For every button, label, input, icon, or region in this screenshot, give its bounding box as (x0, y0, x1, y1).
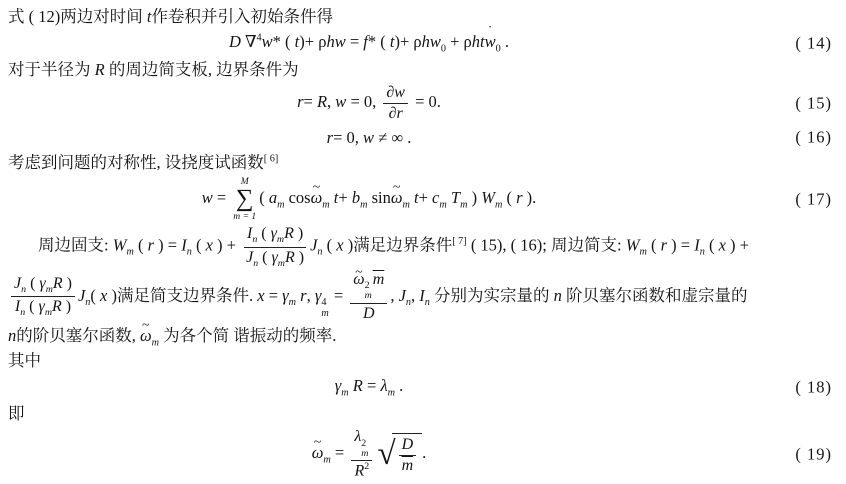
text-run: ( (502, 188, 516, 207)
text-run: ) + (726, 236, 749, 255)
equation-number: ( 19) (795, 444, 832, 465)
math-fraction: ∂w∂r (383, 84, 408, 123)
subscript: m (365, 291, 372, 301)
math-variable: b (352, 188, 360, 207)
text-run: 对于半径为 (8, 60, 95, 79)
math-variable: R (317, 92, 327, 111)
paragraph-line: 其中 (8, 350, 840, 371)
fraction-numerator: In ( γmR ) (244, 225, 306, 247)
text-run: + (338, 188, 351, 207)
text-run: = (265, 285, 283, 304)
text-run: sin (367, 188, 390, 207)
summation-lower-limit: m = 1 (233, 212, 256, 222)
math-variable: J (399, 285, 406, 304)
subscript: m (361, 449, 368, 459)
subscript: m (322, 199, 329, 210)
math-variable: hw (326, 32, 345, 51)
text-run: = (331, 443, 349, 462)
math-variable: w (335, 92, 346, 111)
text-run: )满足简支边界条件. (107, 285, 257, 304)
text-run: 作卷积并引入初始条件得 (151, 7, 333, 26)
text-run: )+ ρ (394, 32, 421, 51)
math-variable: n (8, 326, 16, 345)
math-fraction: In ( γmR )Jn ( γmR ) (243, 225, 307, 268)
text-run: = (363, 376, 381, 395)
subscript: m (126, 247, 133, 258)
fraction-numerator: λ2m (351, 428, 372, 461)
equation-content: r= R, w = 0, ∂w∂r = 0. (8, 84, 840, 123)
text-run: 周边固支: (38, 236, 113, 255)
math-variable: w (202, 188, 213, 207)
text-run: 即 (8, 404, 25, 423)
text-run: 为各个简 谐振动的频率. (159, 326, 336, 345)
tilde-accent-mark: ~ (313, 181, 321, 195)
text-run: )+ ρ (299, 32, 326, 51)
text-run: ) = (667, 236, 694, 255)
fraction-denominator: m (399, 456, 417, 475)
subscript: m (289, 297, 296, 308)
text-run: cos (284, 188, 310, 207)
tilde-accent-mark: ~ (314, 436, 322, 450)
text-run: ( (259, 188, 269, 207)
supsub: 2m (361, 439, 368, 460)
math-variable: λ (380, 376, 387, 395)
radicand: Dm (392, 433, 423, 475)
tilde-accent: ~ω (312, 442, 324, 463)
text-run: ( (192, 236, 206, 255)
superscript: [ 6] (264, 153, 278, 164)
text-run: 考虑到问题的对称性, 设挠度试函数 (8, 153, 264, 172)
math-variable: n (554, 285, 562, 304)
math-variable: x (206, 236, 213, 255)
text-run: . (395, 376, 403, 395)
text-run: * ( (273, 32, 295, 51)
math-variable: ht (472, 32, 485, 51)
subscript: m (323, 454, 330, 465)
overbar-variable: m (402, 457, 414, 474)
fraction-numerator: Jn ( γmR ) (11, 275, 75, 297)
superscript: [ 7] (452, 236, 466, 247)
text-run: ( (647, 236, 661, 255)
tilde-accent-mark: ~ (355, 265, 362, 279)
paragraph-line: Jn ( γmR )In ( γmR )Jn( x )满足简支边界条件. x =… (8, 271, 840, 323)
tilde-accent: ~ω (353, 271, 364, 289)
text-run: = (346, 32, 364, 51)
fraction-numerator: D (399, 436, 417, 456)
text-run: ) + (213, 236, 240, 255)
text-run: ≠ ∞ . (374, 128, 411, 147)
text-run: ) (63, 275, 72, 292)
math-variable: t (410, 188, 419, 207)
math-variable: R (349, 376, 363, 395)
math-variable: D (402, 436, 414, 453)
text-run: 式 ( 12)两边对时间 (8, 7, 147, 26)
document-body: 式 ( 12)两边对时间 t作卷积并引入初始条件得D ∇4w* ( t)+ ρh… (8, 6, 840, 481)
subscript: m (277, 235, 284, 246)
math-variable: R (52, 298, 62, 315)
text-run: . (422, 443, 426, 462)
text-run: * ( (368, 32, 390, 51)
math-variable: W (626, 236, 640, 255)
subscript: m (45, 307, 52, 318)
tilde-accent: ~ω (311, 187, 323, 208)
text-run: 的阶贝塞尔函数, (16, 326, 140, 345)
math-variable: W (113, 236, 127, 255)
text-run: + ρ (446, 32, 472, 51)
text-run: ) = (154, 236, 181, 255)
equation-line: γm R = λm .( 18) (8, 375, 840, 399)
math-fraction: Jn ( γmR )In ( γmR ) (11, 275, 75, 318)
equation-content: D ∇4w* ( t)+ ρhw = f* ( t)+ ρhw0 + ρht˙w… (8, 31, 840, 55)
equation-line: ~ωm = λ2mR2√Dm.( 19) (8, 428, 840, 481)
math-variable: R (53, 275, 63, 292)
paragraph-line: 对于半径为 R 的周边简支板, 边界条件为 (8, 59, 840, 80)
document-page: 式 ( 12)两边对时间 t作卷积并引入初始条件得D ∇4w* ( t)+ ρh… (0, 0, 846, 484)
fraction-denominator: Jn ( γmR ) (243, 248, 307, 269)
math-variable: D (229, 32, 241, 51)
tilde-accent: ~ω (140, 325, 152, 346)
superscript: 2 (364, 461, 369, 472)
math-variable: λ (354, 428, 361, 445)
math-variable: a (269, 188, 277, 207)
text-run: ( (258, 249, 271, 266)
text-run: 的周边简支板, 边界条件为 (105, 60, 299, 79)
text-run: ( (90, 285, 100, 304)
text-run: ( (26, 275, 39, 292)
math-fraction: Dm (399, 436, 417, 475)
math-variable: W (481, 188, 495, 207)
math-variable: R (95, 60, 105, 79)
text-run: . (501, 32, 509, 51)
fraction-denominator: R2 (352, 461, 373, 480)
sigma-symbol: ∑ (236, 187, 254, 211)
math-variable: hw (422, 32, 441, 51)
text-run: ) (295, 249, 304, 266)
supsub: 2m (365, 281, 372, 302)
text-run: ( (134, 236, 148, 255)
math-variable: R (355, 463, 365, 480)
dot-accent-mark: ˙ (488, 25, 493, 39)
text-run: = 0, (346, 92, 380, 111)
text-run: = (213, 188, 231, 207)
equation-content: γm R = λm . (8, 375, 840, 399)
fraction-numerator: ∂w (383, 84, 408, 104)
text-run: = 0. (411, 92, 441, 111)
math-variable: x (257, 285, 264, 304)
subscript: m (46, 284, 53, 295)
tilde-accent-mark: ~ (142, 319, 150, 333)
fraction-denominator: D (360, 304, 378, 323)
text-run: , (411, 285, 419, 304)
math-variable: ∂w (386, 84, 405, 101)
equation-content: w = M∑m = 1( am cos~ωm t+ bm sin~ωm t+ c… (8, 177, 840, 222)
math-variable: T (451, 188, 460, 207)
paragraph-line: 即 (8, 403, 840, 424)
text-run: = (330, 285, 348, 304)
equation-content: r= 0, w ≠ ∞ . (8, 127, 840, 148)
subscript: m (341, 388, 348, 399)
math-variable: r (296, 285, 307, 304)
subscript: m (321, 309, 328, 320)
text-run: , (390, 285, 398, 304)
dot-accent: ˙w (485, 31, 496, 52)
text-run: 分别为实宗量的 (430, 285, 554, 304)
math-variable: D (363, 305, 375, 322)
text-run: = 0, (333, 128, 363, 147)
text-run: , (307, 285, 315, 304)
text-run: ) (467, 188, 481, 207)
text-run: ( (705, 236, 719, 255)
text-run: ∇ (241, 32, 257, 51)
radical: √Dm (377, 433, 422, 475)
tilde-accent-mark: ~ (393, 181, 401, 195)
math-variable: ∂r (389, 105, 403, 122)
text-run: 阶贝塞尔函数和虚宗量的 (562, 285, 748, 304)
equation-number: ( 17) (795, 189, 832, 210)
paragraph-line: 周边固支: Wm ( r ) = In ( x ) + In ( γmR )Jn… (8, 225, 840, 268)
math-variable: w (262, 32, 273, 51)
fraction-denominator: In ( γmR ) (12, 297, 74, 318)
text-run: + (419, 188, 432, 207)
fraction-denominator: ∂r (386, 104, 406, 123)
math-fraction: λ2mR2 (351, 428, 372, 481)
text-run: ( 15), ( 16); 周边简支: (467, 236, 626, 255)
equation-number: ( 18) (795, 377, 832, 398)
paragraph-line: 式 ( 12)两边对时间 t作卷积并引入初始条件得 (8, 6, 840, 27)
text-run: )满足边界条件 (344, 236, 453, 255)
paragraph-line: 考虑到问题的对称性, 设挠度试函数[ 6] (8, 152, 840, 173)
equation-line: D ∇4w* ( t)+ ρhw = f* ( t)+ ρhw0 + ρht˙w… (8, 31, 840, 55)
text-run: ( (257, 225, 270, 242)
text-run: ). (523, 188, 537, 207)
equation-number: ( 16) (795, 127, 832, 148)
math-fraction: ~ω2mmD (350, 271, 387, 323)
math-variable: R (284, 225, 294, 242)
math-variable: w (363, 128, 374, 147)
subscript: m (152, 337, 159, 348)
math-variable: x (336, 236, 343, 255)
math-variable: R (285, 249, 295, 266)
text-run: ( (323, 236, 337, 255)
text-run: ( (25, 298, 38, 315)
overbar-variable: m (373, 271, 385, 288)
equation-line: r= R, w = 0, ∂w∂r = 0.( 15) (8, 84, 840, 123)
equation-number: ( 15) (795, 93, 832, 114)
equation-number: ( 14) (795, 32, 832, 53)
supsub: 4m (321, 298, 328, 319)
text-run: ) (62, 298, 71, 315)
text-run: ) (294, 225, 303, 242)
fraction-numerator: ~ω2mm (350, 271, 387, 304)
tilde-accent: ~ω (391, 187, 403, 208)
paragraph-line: n的阶贝塞尔函数, ~ωm 为各个简 谐振动的频率. (8, 325, 840, 349)
summation: M∑m = 1 (233, 177, 256, 222)
math-variable: x (719, 236, 726, 255)
subscript: m (278, 258, 285, 269)
subscript: m (439, 199, 446, 210)
text-run: = (304, 92, 317, 111)
subscript: m (388, 388, 395, 399)
equation-line: w = M∑m = 1( am cos~ωm t+ bm sin~ωm t+ c… (8, 177, 840, 222)
subscript: m (639, 247, 646, 258)
equation-content: ~ωm = λ2mR2√Dm. (8, 428, 840, 481)
subscript: m (403, 199, 410, 210)
text-run: 其中 (8, 351, 41, 370)
equation-line: r= 0, w ≠ ∞ .( 16) (8, 127, 840, 148)
